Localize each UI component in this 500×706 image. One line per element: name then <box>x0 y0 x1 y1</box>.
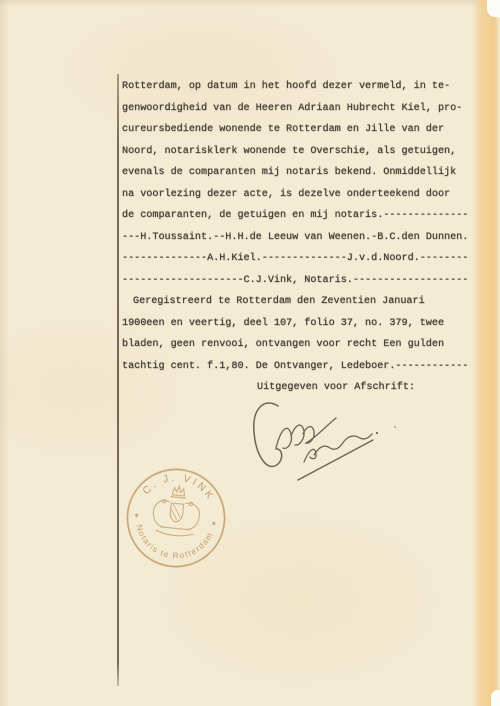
typed-line: cureursbediende wonende te Rotterdam en … <box>122 119 482 141</box>
typed-line-signatures: --------------A.H.Kiel.--------------J.v… <box>122 248 482 270</box>
typed-line: genwoordigheid van de Heeren Adriaan Hub… <box>122 98 482 120</box>
typed-line: na voorlezing dezer acte, is dezelve ond… <box>122 184 482 206</box>
document-page: Rotterdam, op datum in het hoofd dezer v… <box>0 0 500 706</box>
typed-line: 1900een en veertig, deel 107, folio 37, … <box>122 313 482 335</box>
typed-line-signatures: --------------------C.J.Vink, Notaris.--… <box>122 270 482 292</box>
notary-signature <box>248 396 428 496</box>
typed-line: evenals de comparanten mij notaris beken… <box>122 162 482 184</box>
typed-line: Noord, notarisklerk wonende te Overschie… <box>122 141 482 163</box>
scan-background-corner <box>487 0 500 17</box>
typed-line: Geregistreerd te Rotterdam den Zeventien… <box>122 291 482 313</box>
signature-strokes <box>254 403 396 480</box>
stamp-star-right-icon: ✶ <box>210 519 217 529</box>
typed-text-block: Rotterdam, op datum in het hoofd dezer v… <box>122 76 482 399</box>
typed-line-signatures: ---H.Toussaint.--H.H.de Leeuw van Weenen… <box>122 227 482 249</box>
notary-stamp: C. J. VINK Notaris te Rotterdam ✶ ✶ <box>108 450 244 586</box>
typed-line: de comparanten, de getuigen en mij notar… <box>122 205 482 227</box>
scan-background-corner <box>491 690 500 706</box>
typed-line: bladen, geen renvooi, ontvangen voor rec… <box>122 334 482 356</box>
stamp-star-left-icon: ✶ <box>133 511 140 521</box>
margin-rule-line <box>117 74 119 686</box>
coat-of-arms-icon <box>151 484 202 538</box>
typed-line: tachtig cent. f.1,80. De Ontvanger, Lede… <box>122 356 482 378</box>
typed-line: Rotterdam, op datum in het hoofd dezer v… <box>122 76 482 98</box>
